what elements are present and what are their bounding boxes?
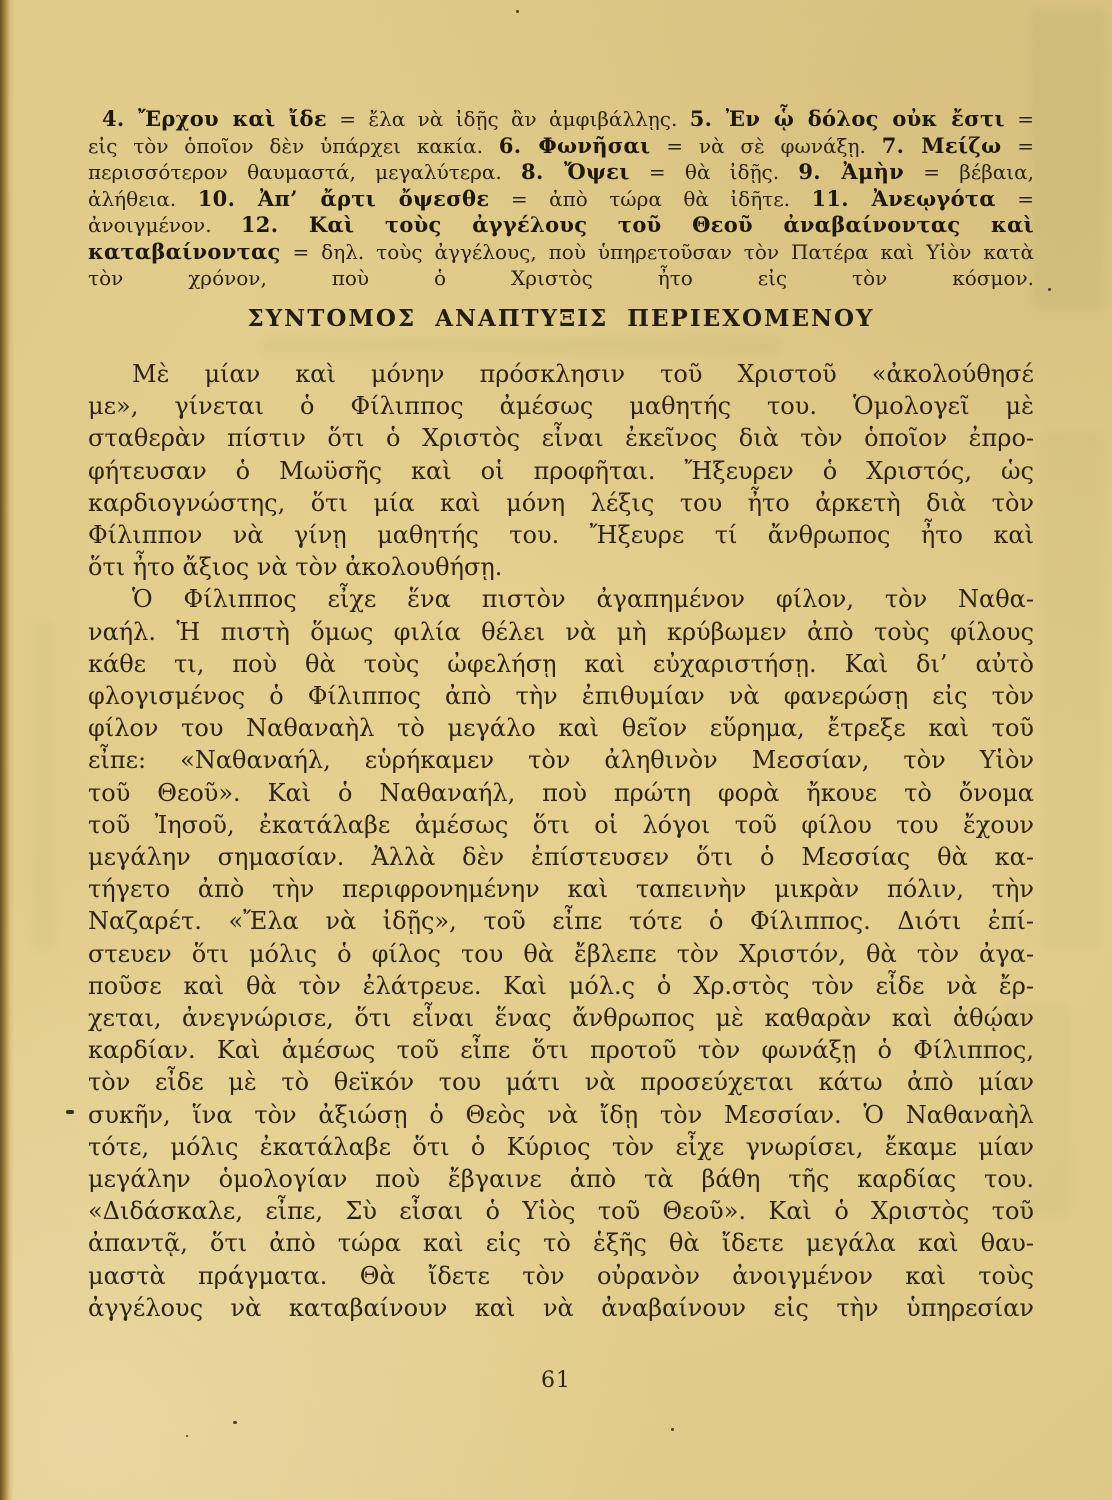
text-line: φίλον του Ναθαναὴλ τὸ μεγάλο καὶ θεῖον ε… [88, 712, 1034, 744]
equals-sign: = [996, 187, 1034, 211]
text-line: στευεν ὅτι μόλις ὁ φίλος του θὰ ἔβλεπε τ… [88, 938, 1034, 970]
equals-sign: = [489, 187, 549, 211]
equals-sign: = [904, 160, 959, 184]
text-line: εἶπε: «Ναθαναήλ, εὑρήκαμεν τὸν ἀληθινὸν … [88, 744, 1034, 776]
ink-speck [671, 1428, 674, 1431]
text-line: με», γίνεται ὁ Φίλιππος ἀμέσως μαθητής τ… [88, 390, 1034, 422]
ink-speck [516, 10, 519, 13]
glossary-entry: 10. Ἀπ’ ἄρτι ὄψεσθε = ἀπὸ τώρα θὰ ἰδῆτε. [198, 187, 790, 211]
glossary-term: 4. Ἔρχου καὶ ἴδε [102, 106, 327, 131]
glossary-definition: ἔλα νὰ ἰδῇς ἂν ἀμφιβάλλῃς. [368, 107, 677, 131]
glossary-term: 11. Ἀνεῳγότα [811, 186, 995, 211]
glossary-term: 5. Ἐν ᾧ δόλος οὐκ ἔστι [690, 106, 1005, 131]
text-line: καρδίαν. Καὶ ἀμέσως τοῦ εἶπε ὅτι προτοῦ … [88, 1034, 1034, 1066]
equals-sign: = [327, 107, 368, 131]
glossary-term: 9. Ἀμὴν [798, 159, 904, 184]
text-line: κάθε τι, ποὺ θὰ τοὺς ὠφελήσῃ καὶ εὐχαρισ… [88, 648, 1034, 680]
text-line: ἀγγέλους νὰ καταβαίνουν καὶ νὰ ἀναβαίνου… [88, 1292, 1034, 1324]
text-line: Μὲ μίαν καὶ μόνην πρόσκλησιν τοῦ Χριστοῦ… [88, 358, 1034, 390]
text-line: τότε, μόλις ἐκατάλαβε ὅτι ὁ Κύριος τὸν ε… [88, 1131, 1034, 1163]
text-line: φλογισμένος ὁ Φίλιππος ἀπὸ τὴν ἐπιθυμίαν… [88, 680, 1034, 712]
text-line: Ὁ Φίλιππος εἶχε ἕνα πιστὸν ἀγαπημένον φί… [88, 583, 1034, 615]
glossary-definition: θὰ ἰδῇς. [685, 160, 779, 184]
margin-mark [66, 1110, 74, 1114]
ink-bleed-through [260, 338, 780, 354]
scanned-book-page: 4. Ἔρχου καὶ ἴδε = ἔλα νὰ ἰδῇς ἂν ἀμφιβά… [0, 0, 1112, 1500]
glossary-term: 10. Ἀπ’ ἄρτι ὄψεσθε [198, 186, 490, 211]
equals-sign: = [650, 134, 698, 158]
glossary-definition: περισσότερον θαυμαστά, μεγαλύτερα. [88, 160, 502, 184]
page-number: 61 [0, 1368, 1112, 1393]
glossary-entry: 4. Ἔρχου καὶ ἴδε = ἔλα νὰ ἰδῇς ἂν ἀμφιβά… [102, 107, 677, 131]
ink-speck [186, 1435, 188, 1437]
text-line: συκῆν, ἵνα τὸν ἀξιώσῃ ὁ Θεὸς νὰ ἴδῃ τὸν … [88, 1099, 1034, 1131]
text-line: τὸν εἶδε μὲ τὸ θεϊκόν του μάτι νὰ προσεύ… [88, 1066, 1034, 1098]
glossary-entry: 6. Φωνῆσαι = νὰ σὲ φωνάξῃ. [499, 134, 866, 158]
glossary-term: 6. Φωνῆσαι [499, 133, 651, 158]
text-line: χεται, ἀνεγνώρισε, ὅτι εἶναι ἕνας ἄνθρωπ… [88, 1002, 1034, 1034]
ink-bleed-through [30, 620, 56, 950]
text-line: μεγάλην ὁμολογίαν ποὺ ἔβγαινε ἀπὸ τὰ βάθ… [88, 1163, 1034, 1195]
text-line: καρδιογνώστης, ὅτι μία καὶ μόνη λέξις το… [88, 487, 1034, 519]
text-line: Φίλιππον νὰ γίνῃ μαθητής του. Ἤξευρε τί … [88, 519, 1034, 551]
glossary-definition: ἀπὸ τώρα θὰ ἰδῆτε. [549, 187, 790, 211]
ink-speck [233, 1421, 237, 1424]
text-line: τήγετο ἀπὸ τὴν περιφρονημένην καὶ ταπειν… [88, 873, 1034, 905]
text-line: ναήλ. Ἡ πιστὴ ὅμως φιλία θέλει νὰ μὴ κρύ… [88, 616, 1034, 648]
text-line: τοῦ Θεοῦ». Καὶ ὁ Ναθαναήλ, ποὺ πρώτη φορ… [88, 777, 1034, 809]
equals-sign: = [1005, 107, 1034, 131]
text-line: ποῦσε καὶ θὰ τὸν ἐλάτρευε. Καὶ μόλ.ς ὁ Χ… [88, 970, 1034, 1002]
ink-bleed-through [1032, 10, 1106, 310]
section-heading: ΣΥΝΤΟΜΟΣ ΑΝΑΠΤΥΞΙΣ ΠΕΡΙΕΧΟΜΕΝΟΥ [88, 302, 1034, 336]
ink-speck [1048, 288, 1051, 291]
text-line: μαστὰ πράγματα. Θὰ ἴδετε τὸν οὐρανὸν ἀνο… [88, 1260, 1034, 1292]
text-line: ὅτι ἦτο ἄξιος νὰ τὸν ἀκολουθήσῃ. [88, 551, 1034, 583]
text-line: σταθερὰν πίστιν ὅτι ὁ Χριστὸς εἶναι ἐκεῖ… [88, 422, 1034, 454]
text-line: τοῦ Ἰησοῦ, ἐκατάλαβε ἀμέσως ὅτι οἱ λόγοι… [88, 809, 1034, 841]
equals-sign: = [281, 240, 322, 264]
equals-sign: = [1001, 134, 1034, 158]
page-edge-shadow [0, 0, 14, 1500]
glossary-notes: 4. Ἔρχου καὶ ἴδε = ἔλα νὰ ἰδῇς ἂν ἀμφιβά… [88, 106, 1034, 292]
glossary-term: 7. Μείζω [882, 133, 1002, 158]
glossary-term: 8. Ὄψει [521, 159, 630, 184]
glossary-definition: ἀνοιγμένον. [88, 213, 212, 237]
text-line: ἀπαντᾷ, ὅτι ἀπὸ τώρα καὶ εἰς τὸ ἑξῆς θὰ … [88, 1227, 1034, 1259]
equals-sign: = [630, 160, 685, 184]
glossary-definition: εἰς τὸν ὁποῖον δὲν ὑπάρχει κακία. [88, 134, 483, 158]
glossary-entry: 12. Καὶ τοὺς ἀγγέλους τοῦ Θεοῦ ἀναβαίνον… [88, 213, 1034, 290]
text-line: Ναζαρέτ. «Ἔλα νὰ ἰδῇς», τοῦ εἶπε τότε ὁ … [88, 905, 1034, 937]
body-text: Μὲ μίαν καὶ μόνην πρόσκλησιν τοῦ Χριστοῦ… [88, 358, 1034, 1324]
text-line: «Διδάσκαλε, εἶπε, Σὺ εἶσαι ὁ Υἱὸς τοῦ Θε… [88, 1195, 1034, 1227]
ink-bleed-through [1042, 430, 1102, 950]
text-line: φήτευσαν ὁ Μωϋσῆς καὶ οἱ προφῆται. Ἤξευρ… [88, 455, 1034, 487]
glossary-definition: νὰ σὲ φωνάξῃ. [699, 134, 866, 158]
glossary-entry: 8. Ὄψει = θὰ ἰδῇς. [521, 160, 779, 184]
text-line: μεγάλην σημασίαν. Ἀλλὰ δὲν ἐπίστευσεν ὅτ… [88, 841, 1034, 873]
